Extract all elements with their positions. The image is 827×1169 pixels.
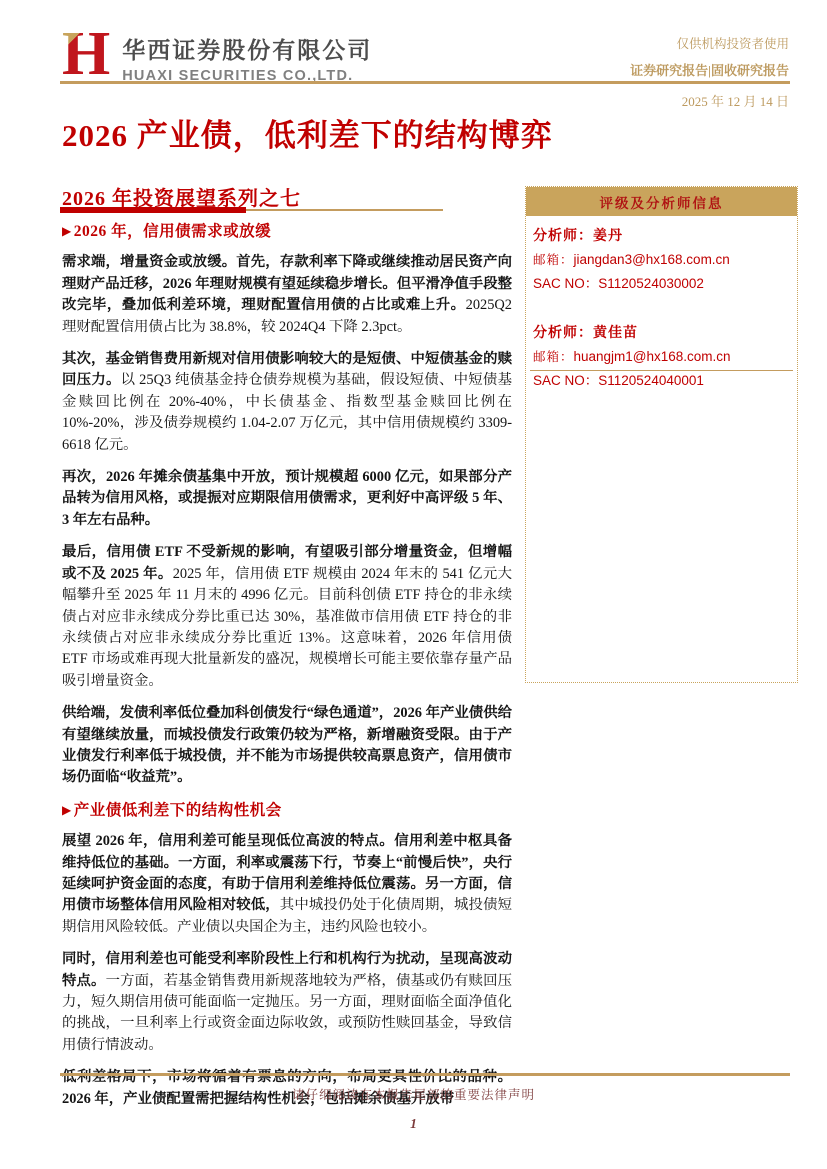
analyst-sac-number: S1120524040001 bbox=[598, 373, 704, 388]
analyst-entry: 分析师：黄佳苗 邮箱：huangjm1@hx168.com.cn SAC NO：… bbox=[533, 322, 790, 389]
paragraph-text: 以 25Q3 纯债基金持仓债券规模为基础，假设短债、中短债基金赎回比例在 20%… bbox=[62, 372, 512, 452]
email-label: 邮箱： bbox=[533, 250, 574, 268]
analyst-info-panel: 评级及分析师信息 分析师：姜丹 邮箱：jiangdan3@hx168.com.c… bbox=[525, 186, 798, 683]
sac-label: SAC NO： bbox=[533, 276, 598, 291]
analyst-sac-row: SAC NO：S1120524030002 bbox=[533, 272, 790, 292]
paragraph-emphasis: 再次，2026 年摊余债基集中开放，预计规模超 6000 亿元，如果部分产品转为… bbox=[62, 469, 512, 528]
triangle-bullet-icon: ▶ bbox=[62, 803, 72, 817]
analyst-panel-content: 分析师：姜丹 邮箱：jiangdan3@hx168.com.cn SAC NO：… bbox=[526, 216, 797, 428]
section-heading-text: 产业债低利差下的结构性机会 bbox=[74, 802, 282, 819]
paragraph: 最后，信用债 ETF 不受新规的影响，有望吸引部分增量资金，但增幅或不及 202… bbox=[62, 542, 512, 692]
company-name-cn: 华西证券股份有限公司 bbox=[122, 32, 372, 65]
section-heading-demand: ▶2026 年，信用债需求或放缓 bbox=[62, 221, 512, 243]
analyst-panel-title: 评级及分析师信息 bbox=[526, 187, 797, 216]
company-names: 华西证券股份有限公司 HUAXI SECURITIES CO.,LTD. bbox=[122, 26, 372, 84]
company-header: H 华西证券股份有限公司 HUAXI SECURITIES CO.,LTD. bbox=[62, 26, 372, 84]
analyst-sac-row: SAC NO：S1120524040001 bbox=[533, 369, 790, 389]
subtitle-divider bbox=[60, 207, 443, 213]
analyst-email-row: 邮箱：jiangdan3@hx168.com.cn bbox=[533, 250, 790, 268]
sac-label: SAC NO： bbox=[533, 373, 598, 388]
analyst-panel-divider bbox=[530, 370, 793, 371]
legal-notice: 请仔细阅读在本报告尾部的重要法律声明 bbox=[0, 1085, 827, 1103]
paragraph: 其次，基金销售费用新规对信用债影响较大的是短债、中短债基金的赎回压力。以 25Q… bbox=[62, 349, 512, 456]
analyst-entry: 分析师：姜丹 邮箱：jiangdan3@hx168.com.cn SAC NO：… bbox=[533, 225, 790, 292]
report-date: 2025 年 12 月 14 日 bbox=[682, 91, 789, 110]
huaxi-logo-icon: H bbox=[62, 26, 110, 82]
paragraph: 再次，2026 年摊余债基集中开放，预计规模超 6000 亿元，如果部分产品转为… bbox=[62, 467, 512, 531]
paragraph-text: 2025 年，信用债 ETF 规模由 2024 年末的 541 亿元大幅攀升至 … bbox=[62, 566, 512, 689]
section-heading-opportunity: ▶产业债低利差下的结构性机会 bbox=[62, 800, 512, 822]
analyst-name-text: 姜丹 bbox=[593, 229, 623, 244]
header-divider bbox=[60, 81, 790, 84]
audience-note: 仅供机构投资者使用 bbox=[630, 38, 789, 51]
analyst-role-label: 分析师： bbox=[533, 229, 593, 244]
paragraph: 同时，信用利差也可能受利率阶段性上行和机构行为扰动，呈现高波动特点。一方面，若基… bbox=[62, 949, 512, 1056]
triangle-bullet-icon: ▶ bbox=[62, 224, 72, 238]
analyst-name: 分析师：姜丹 bbox=[533, 225, 790, 245]
header-meta: 仅供机构投资者使用 证券研究报告|固收研究报告 bbox=[630, 38, 789, 77]
paragraph-text: 一方面，若基金销售费用新规落地较为严格，债基或仍有赎回压力，短久期信用债可能面临… bbox=[62, 973, 512, 1053]
paragraph: 供给端，发债利率低位叠加科创债发行“绿色通道”，2026 年产业债供给有望继续放… bbox=[62, 703, 512, 789]
footer-divider bbox=[60, 1073, 790, 1076]
report-type: 证券研究报告|固收研究报告 bbox=[630, 64, 789, 77]
analyst-email: huangjm1@hx168.com.cn bbox=[574, 349, 731, 364]
page-title: 2026 产业债，低利差下的结构博弈 bbox=[62, 110, 553, 155]
analyst-sac-number: S1120524030002 bbox=[598, 276, 704, 291]
analyst-role-label: 分析师： bbox=[533, 326, 593, 341]
paragraph: 展望 2026 年，信用利差可能呈现低位高波的特点。信用利差中枢具备维持低位的基… bbox=[62, 831, 512, 938]
subtitle-divider-gold bbox=[246, 209, 443, 211]
page-number: 1 bbox=[0, 1116, 827, 1132]
email-label: 邮箱： bbox=[533, 347, 574, 365]
analyst-name-text: 黄佳苗 bbox=[593, 326, 638, 341]
paragraph-emphasis: 供给端，发债利率低位叠加科创债发行“绿色通道”，2026 年产业债供给有望继续放… bbox=[62, 705, 512, 785]
subtitle-divider-red bbox=[60, 207, 246, 213]
section-heading-text: 2026 年，信用债需求或放缓 bbox=[74, 223, 271, 240]
analyst-name: 分析师：黄佳苗 bbox=[533, 322, 790, 342]
paragraph: 需求端，增量资金或放缓。首先，存款利率下降或继续推动居民资产向理财产品迁移，20… bbox=[62, 252, 512, 338]
report-page: H 华西证券股份有限公司 HUAXI SECURITIES CO.,LTD. 仅… bbox=[0, 0, 827, 1169]
report-body: ▶2026 年，信用债需求或放缓 需求端，增量资金或放缓。首先，存款利率下降或继… bbox=[62, 221, 512, 1121]
paragraph-emphasis: 需求端，增量资金或放缓。首先，存款利率下降或继续推动居民资产向理财产品迁移，20… bbox=[62, 254, 512, 313]
analyst-email-row: 邮箱：huangjm1@hx168.com.cn bbox=[533, 347, 790, 365]
analyst-email: jiangdan3@hx168.com.cn bbox=[574, 252, 730, 267]
